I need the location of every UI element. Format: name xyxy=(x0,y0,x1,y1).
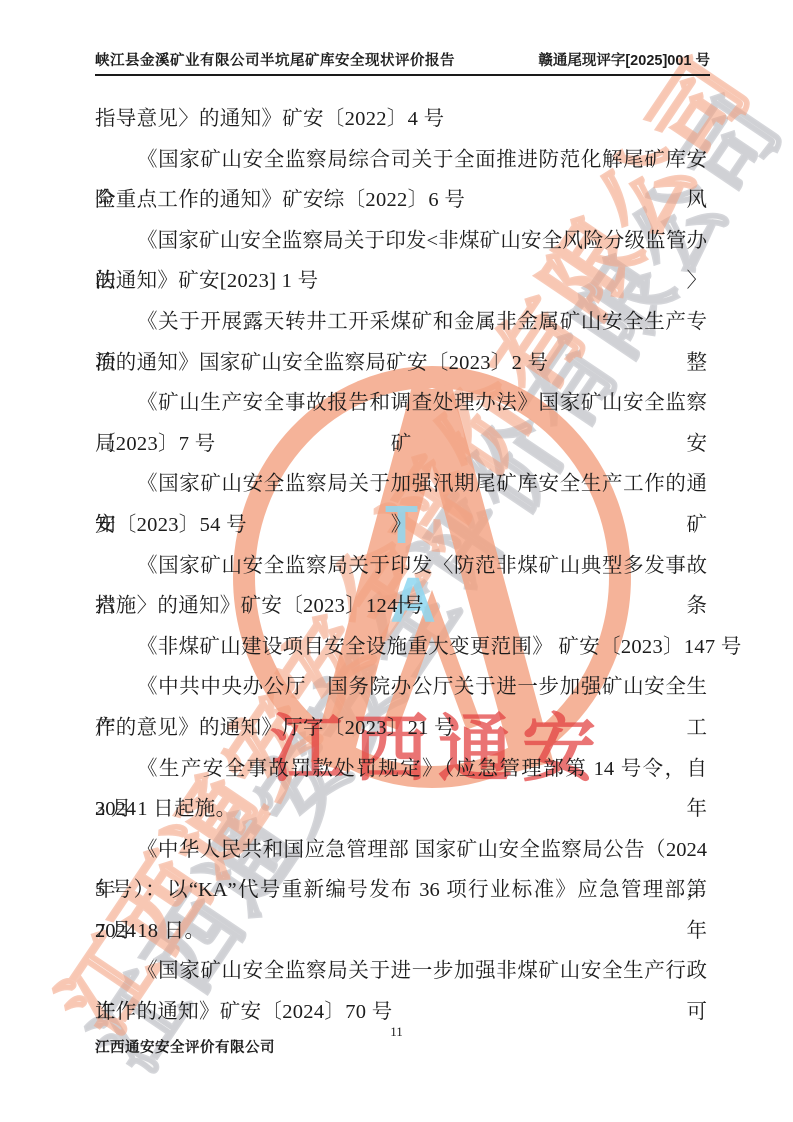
text-line: 《中华人民共和国应急管理部 国家矿山安全监察局公告（2024 年第 xyxy=(95,830,707,871)
page-number: 11 xyxy=(0,1024,793,1040)
text-line: 《国家矿山安全监察局关于加强汛期尾矿库安全生产工作的通知》矿 xyxy=(95,464,707,505)
header-doc-number: 赣通尾现评字[2025]001 号 xyxy=(538,49,710,70)
page-header: 峡江县金溪矿业有限公司半坑尾矿库安全现状评价报告 赣通尾现评字[2025]001… xyxy=(95,48,710,76)
text-line: 《国家矿山安全监察局综合司关于全面推进防范化解尾矿库安全风 xyxy=(95,140,707,181)
text-line: 《国家矿山安全监察局关于印发<非煤矿山安全风险分级监管办法〉 xyxy=(95,221,707,262)
text-line: 《关于开展露天转井工开采煤矿和金属非金属矿山安全生产专项整 xyxy=(95,302,707,343)
body-text: 指导意见〉的通知》矿安〔2022〕4 号 《国家矿山安全监察局综合司关于全面推进… xyxy=(95,99,707,1033)
text-line: 《生产安全事故罚款处罚规定》（应急管理部第 14 号令，自 2024 年 xyxy=(95,749,707,790)
text-line: 《国家矿山安全监察局关于进一步加强非煤矿山安全生产行政许可 xyxy=(95,951,707,992)
header-report-title: 峡江县金溪矿业有限公司半坑尾矿库安全现状评价报告 xyxy=(95,49,455,70)
text-line: 指导意见〉的通知》矿安〔2022〕4 号 xyxy=(95,99,707,140)
text-line: 《非煤矿山建设项目安全设施重大变更范围》 矿安〔2023〕147 号 xyxy=(95,627,707,668)
text-line: 《矿山生产安全事故报告和调查处理办法》国家矿山安全监察局矿安 xyxy=(95,383,707,424)
text-line: 5 号）：以“KA”代号重新编号发布 36 项行业标准》应急管理部，2024 年 xyxy=(95,870,707,911)
document-page: 江西通安安全评价有限公司 江西通安安全评价有限公司 T A 江西通安 峡江县金溪… xyxy=(0,0,793,1122)
text-line: 《中共中央办公厅 国务院办公厅关于进一步加强矿山安全生产工 xyxy=(95,667,707,708)
text-line: 《国家矿山安全监察局关于印发〈防范非煤矿山典型多发事故六十条 xyxy=(95,546,707,587)
